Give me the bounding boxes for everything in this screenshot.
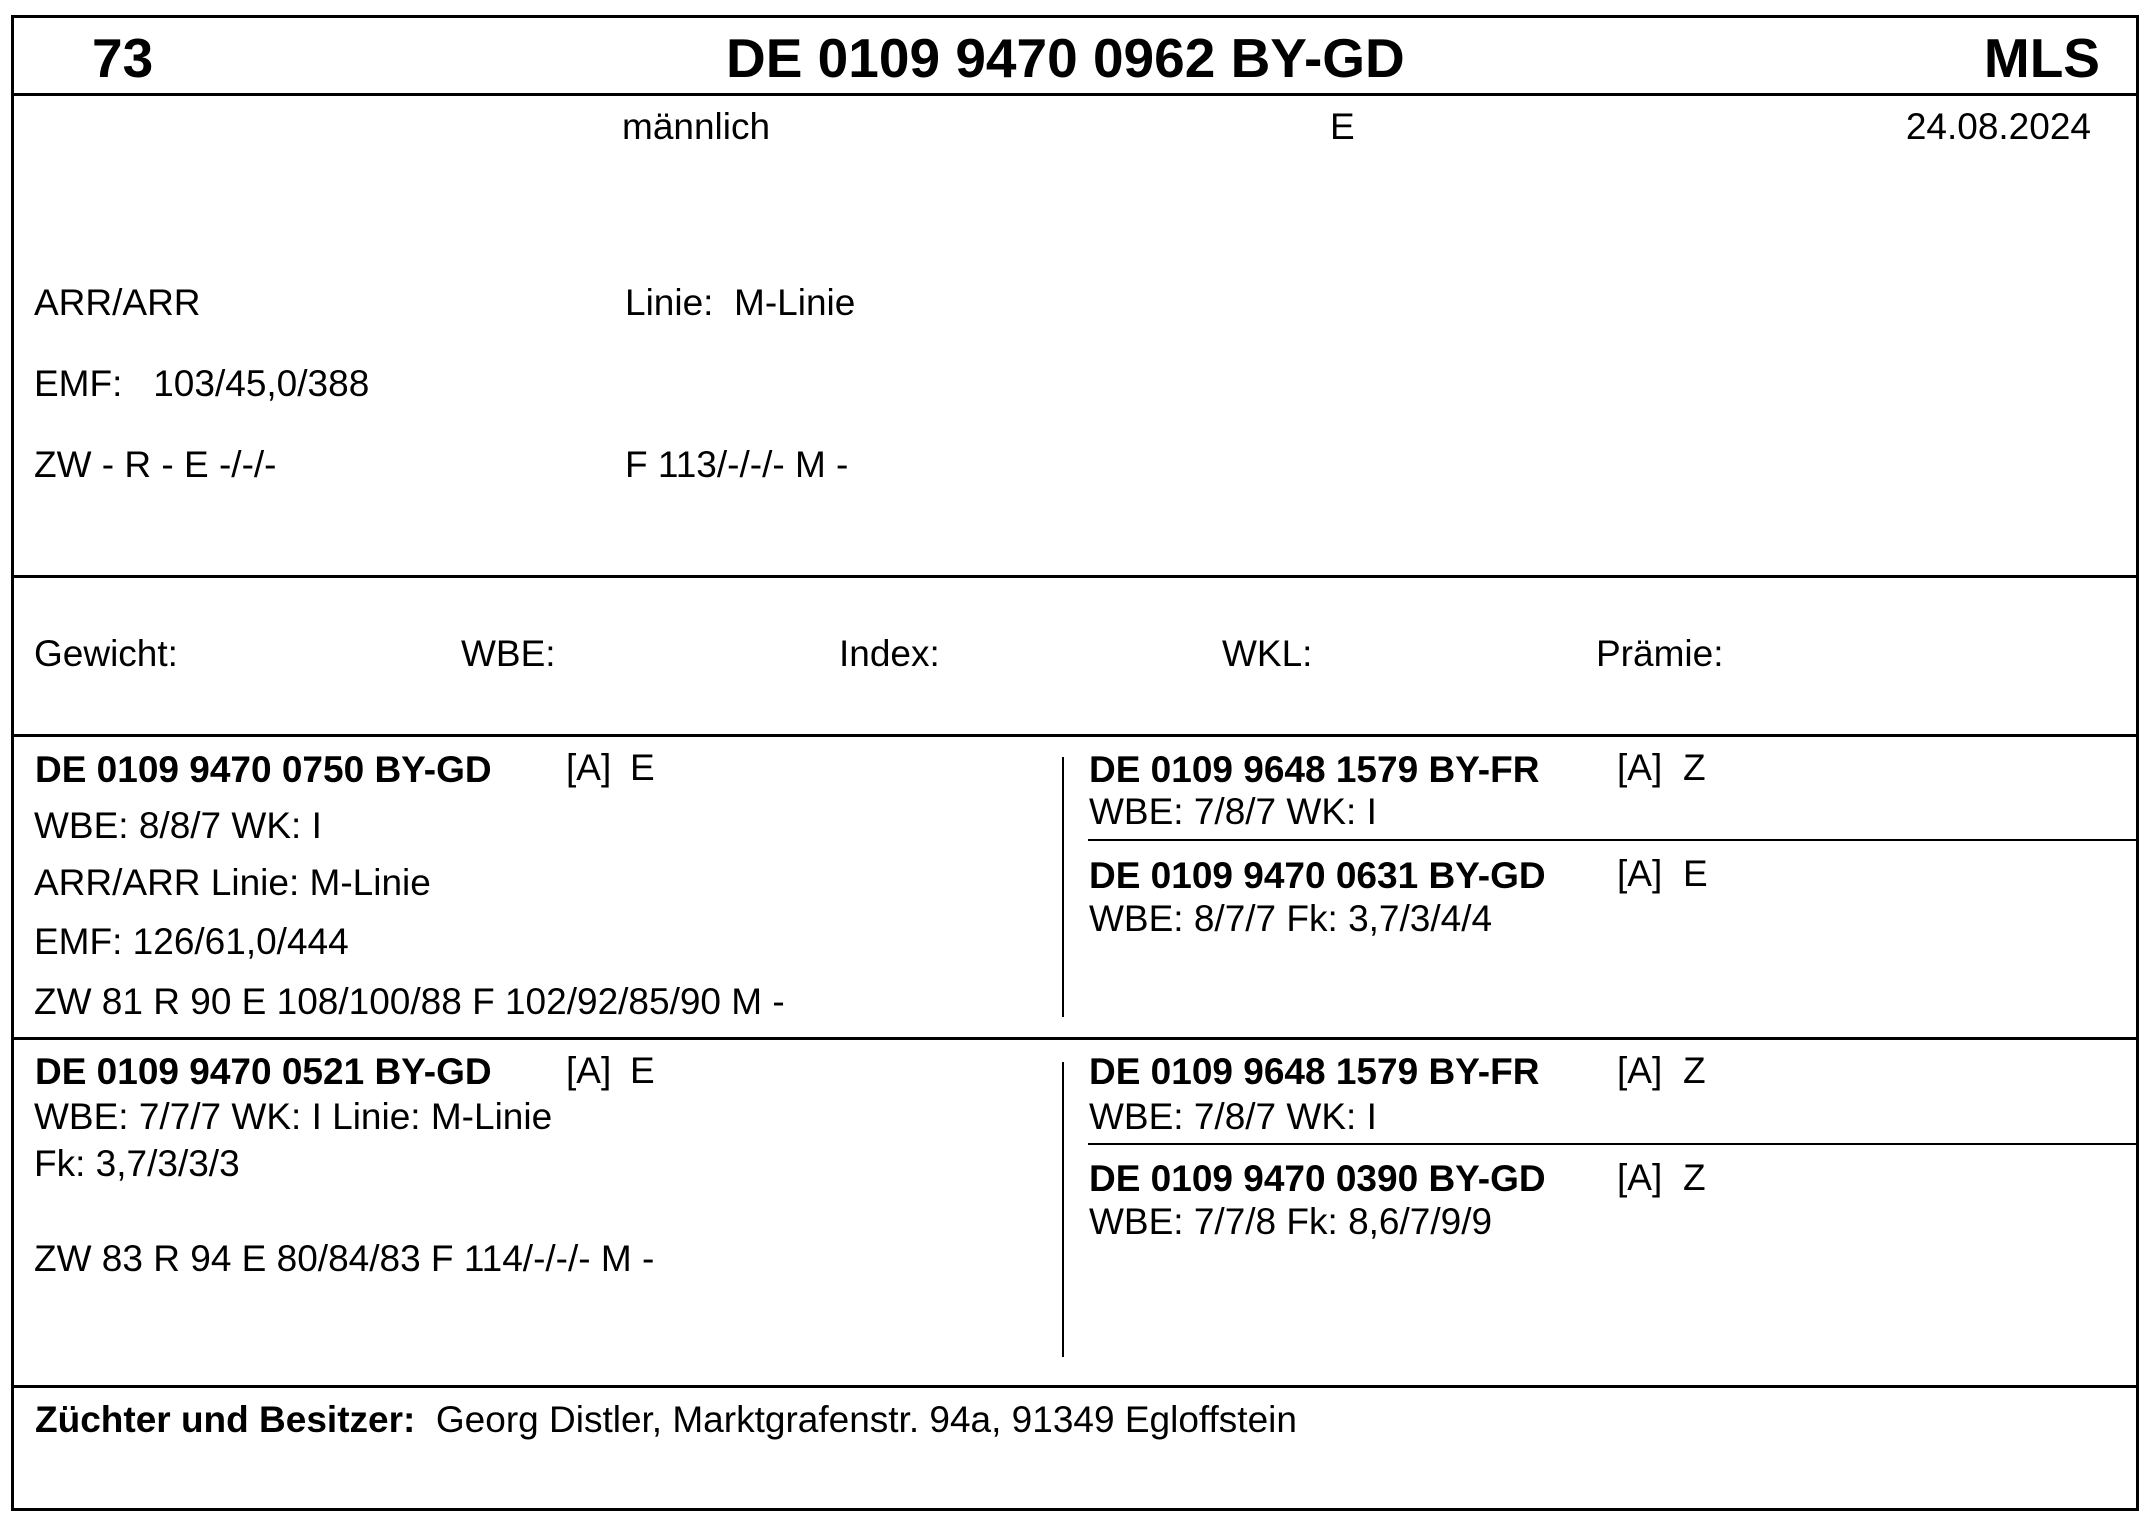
- dam-sire-detail: WBE: 7/8/7 WK: I: [1089, 1098, 1377, 1135]
- index-label: Index:: [839, 635, 940, 672]
- breeding-values-right: F 113/-/-/- M -: [625, 446, 848, 483]
- sire-flag: [A]: [566, 749, 611, 786]
- breed-code: MLS: [1984, 31, 2100, 86]
- divider-evaluation: [11, 734, 2139, 737]
- dam-line: ZW 83 R 94 E 80/84/83 F 114/-/-/- M -: [34, 1240, 654, 1277]
- sire-class: E: [630, 749, 655, 786]
- sire-line: EMF: 126/61,0/444: [34, 923, 349, 960]
- sire-dam-detail: WBE: 8/7/7 Fk: 3,7/3/4/4: [1089, 900, 1492, 937]
- dam-dam-class: Z: [1683, 1159, 1706, 1196]
- class-code: E: [1330, 108, 1355, 145]
- dam-dam-id: DE 0109 9470 0390 BY-GD: [1089, 1160, 1546, 1197]
- sire-sire-flag: [A]: [1617, 749, 1662, 786]
- dam-id: DE 0109 9470 0521 BY-GD: [35, 1053, 492, 1090]
- divider-header: [11, 93, 2139, 96]
- catalog-number: 73: [92, 31, 153, 86]
- wkl-label: WKL:: [1222, 635, 1312, 672]
- divider-info: [11, 575, 2139, 578]
- dam-dam-detail: WBE: 7/7/8 Fk: 8,6/7/9/9: [1089, 1203, 1492, 1240]
- dam-sire-flag: [A]: [1617, 1052, 1662, 1089]
- dam-dam-flag: [A]: [1617, 1159, 1662, 1196]
- weight-label: Gewicht:: [34, 635, 178, 672]
- divider-sire-parents: [1088, 839, 2139, 841]
- wbe-label: WBE:: [461, 635, 556, 672]
- dam-sire-id: DE 0109 9648 1579 BY-FR: [1089, 1053, 1539, 1090]
- sire-sire-class: Z: [1683, 749, 1706, 786]
- divider-dam: [11, 1385, 2139, 1388]
- sire-line: ZW 81 R 90 E 108/100/88 F 102/92/85/90 M…: [34, 983, 785, 1020]
- divider-sire: [11, 1037, 2139, 1040]
- dam-class: E: [630, 1052, 655, 1089]
- animal-id: DE 0109 9470 0962 BY-GD: [726, 31, 1405, 86]
- sire-dam-flag: [A]: [1617, 855, 1662, 892]
- breeder-owner-value: Georg Distler, Marktgrafenstr. 94a, 9134…: [436, 1399, 1297, 1440]
- sire-sire-detail: WBE: 7/8/7 WK: I: [1089, 793, 1377, 830]
- emf-label: EMF:: [34, 363, 122, 404]
- emf-field: EMF: 103/45,0/388: [34, 365, 369, 402]
- line-label: Linie:: [625, 282, 713, 323]
- premium-label: Prämie:: [1596, 635, 1723, 672]
- sire-id: DE 0109 9470 0750 BY-GD: [35, 751, 492, 788]
- dam-line: Fk: 3,7/3/3/3: [34, 1145, 240, 1182]
- divider-dam-parents: [1088, 1143, 2139, 1145]
- sire-sire-id: DE 0109 9648 1579 BY-FR: [1089, 751, 1539, 788]
- sire-dam-class: E: [1683, 855, 1708, 892]
- sire-line: WBE: 8/8/7 WK: I: [34, 807, 322, 844]
- line-field: Linie: M-Linie: [625, 284, 855, 321]
- sex: männlich: [622, 108, 770, 145]
- date: 24.08.2024: [1906, 108, 2091, 145]
- divider-sire-column: [1062, 757, 1064, 1017]
- line-value: M-Linie: [734, 282, 855, 323]
- dam-flag: [A]: [566, 1052, 611, 1089]
- genotype: ARR/ARR: [34, 284, 201, 321]
- breeding-values-left: ZW - R - E -/-/-: [34, 446, 277, 483]
- sire-dam-id: DE 0109 9470 0631 BY-GD: [1089, 857, 1546, 894]
- dam-sire-class: Z: [1683, 1052, 1706, 1089]
- emf-value: 103/45,0/388: [153, 363, 369, 404]
- breeder-owner-label: Züchter und Besitzer:: [35, 1399, 415, 1440]
- breeder-owner: Züchter und Besitzer: Georg Distler, Mar…: [35, 1401, 1297, 1438]
- dam-line: WBE: 7/7/7 WK: I Linie: M-Linie: [34, 1098, 552, 1135]
- sire-line: ARR/ARR Linie: M-Linie: [34, 864, 431, 901]
- divider-dam-column: [1062, 1062, 1064, 1357]
